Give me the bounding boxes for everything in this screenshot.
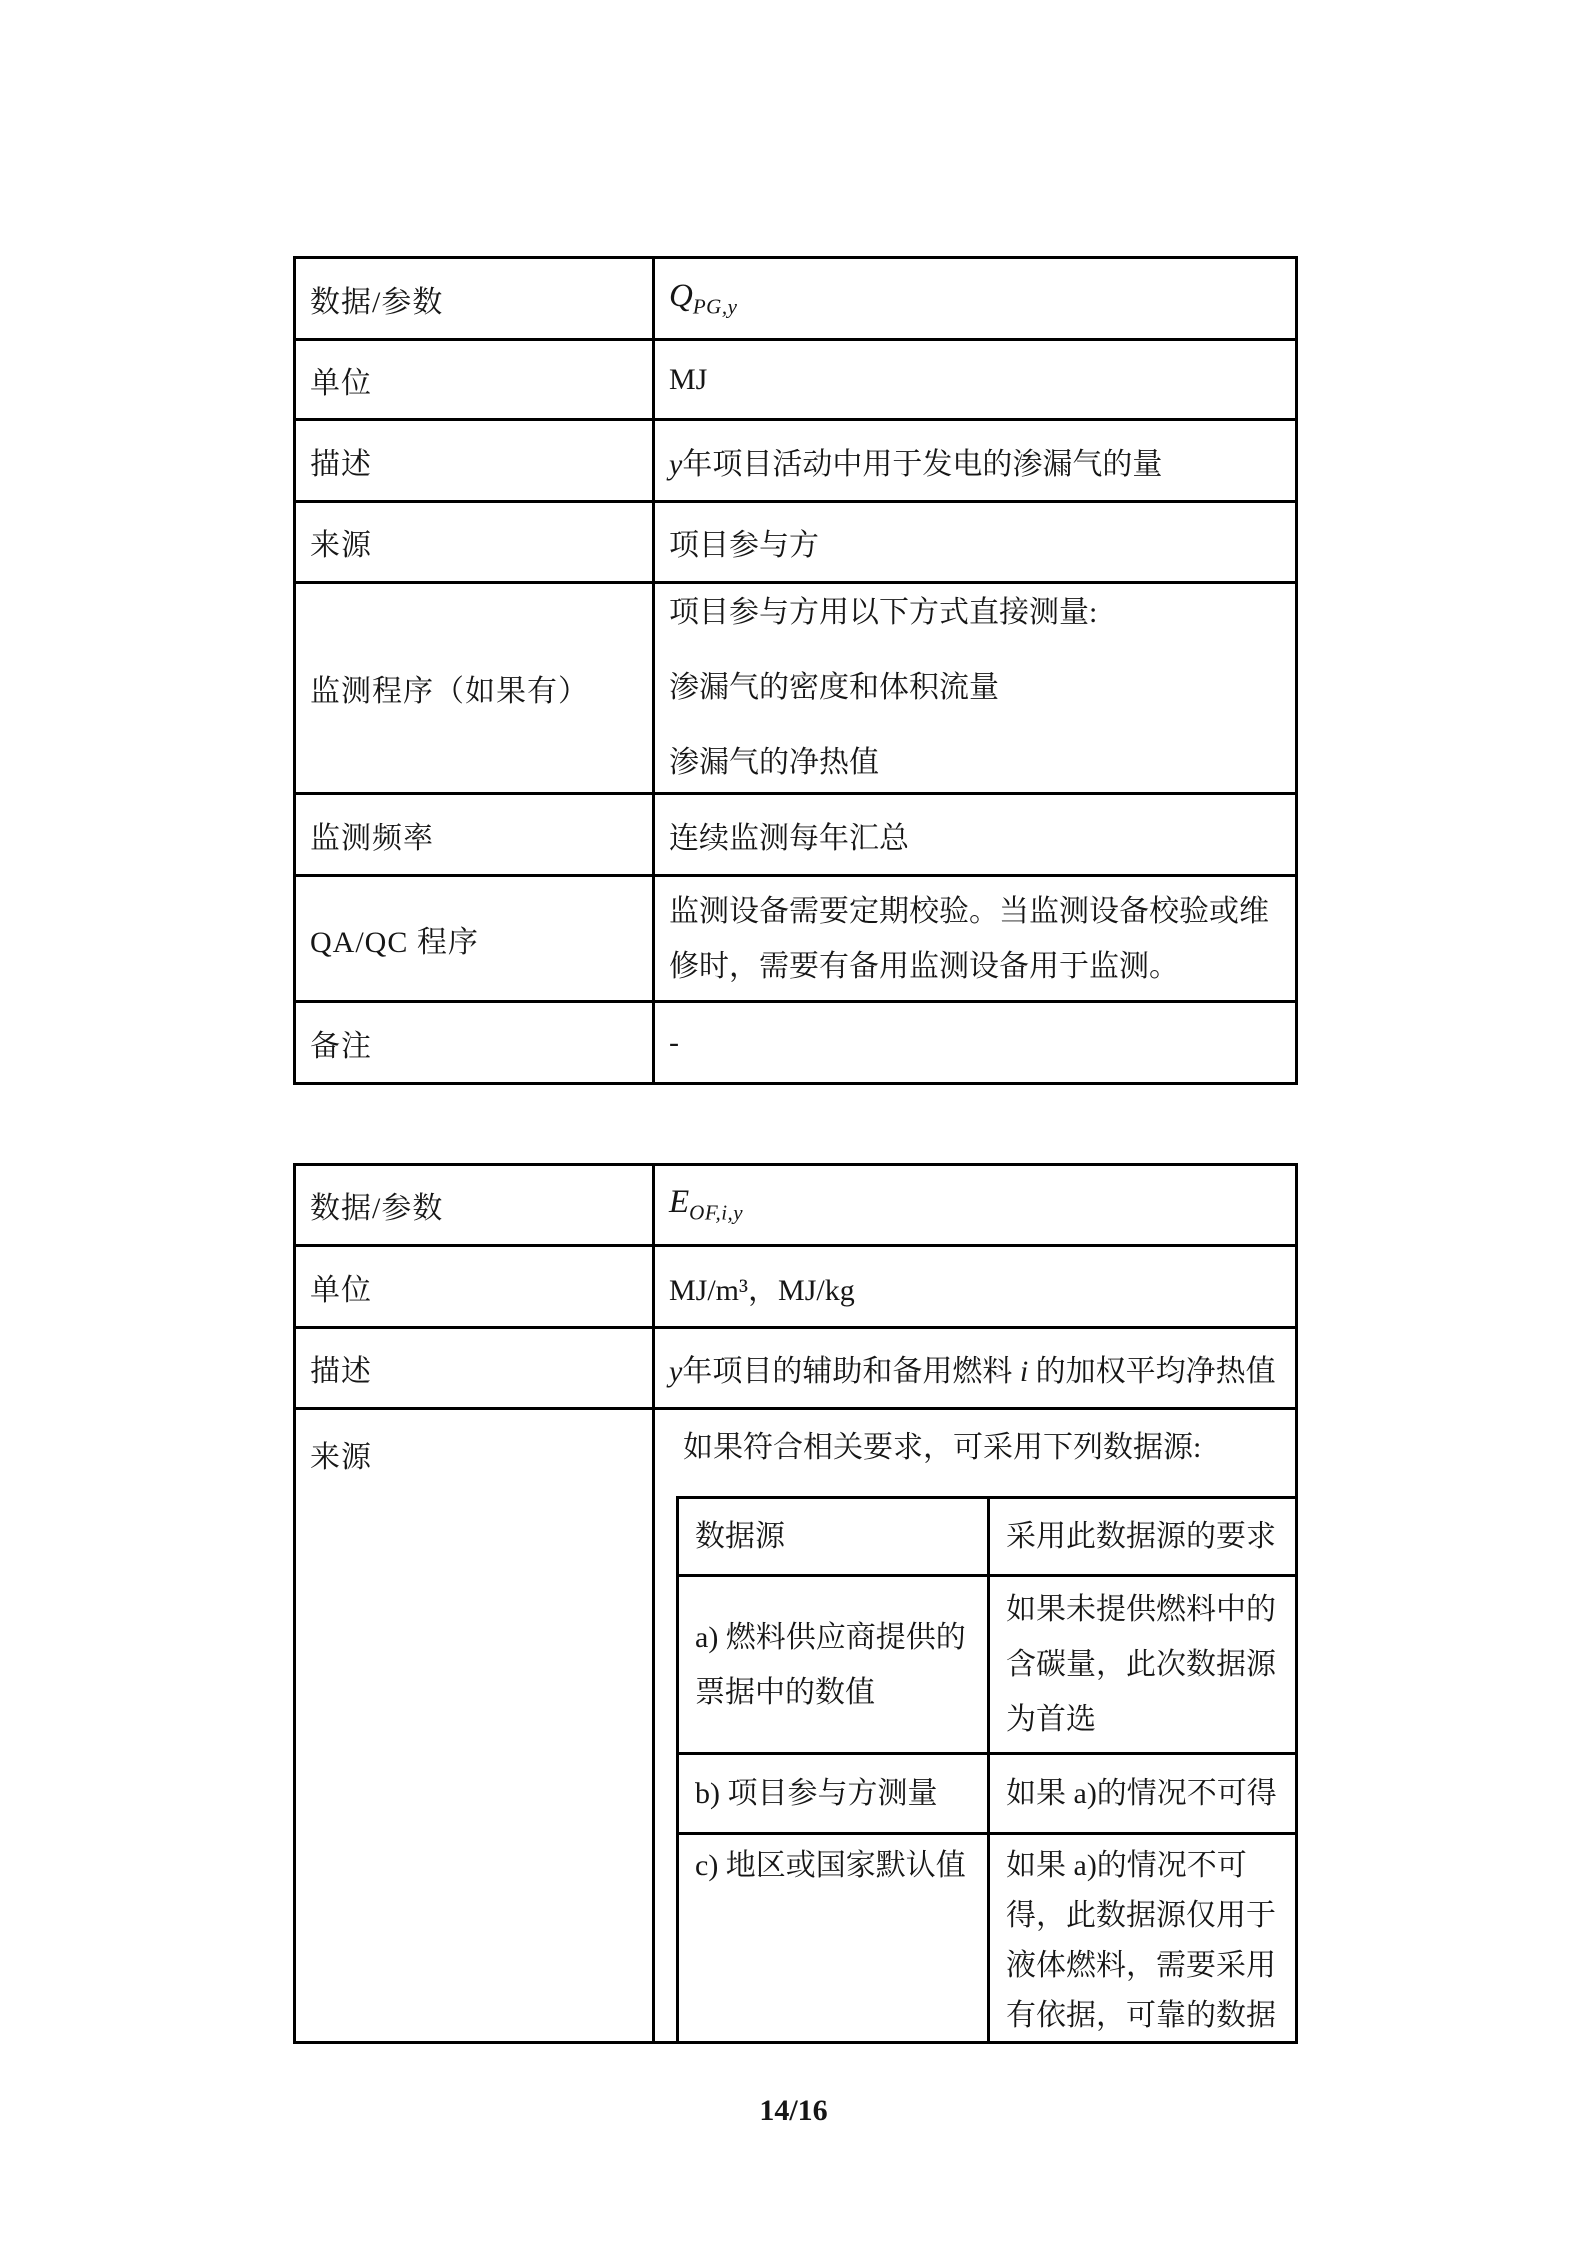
nested-row-a: a) 燃料供应商提供的票据中的数值 如果未提供燃料中的含碳量，此次数据源为首选 <box>678 1576 1297 1754</box>
table-row-unit: 单位 MJ <box>295 340 1297 420</box>
nested-row-c: c) 地区或国家默认值 如果 a)的情况不可得，此数据源仅用于液体燃料，需要采用… <box>678 1834 1297 2042</box>
row-label: 数据/参数 <box>295 258 654 340</box>
param-symbol-cell: EOF,i,y <box>654 1165 1297 1246</box>
row-label: 监测程序（如果有） <box>295 583 654 794</box>
table-row-source: 来源 如果符合相关要求，可采用下列数据源: 数据源 采用此数据源的要求 <box>295 1409 1297 2043</box>
table-row-description: 描述 y年项目活动中用于发电的渗漏气的量 <box>295 420 1297 502</box>
param-symbol: QPG,y <box>669 278 737 314</box>
description-value: y年项目活动中用于发电的渗漏气的量 <box>654 420 1297 502</box>
row-label: 监测频率 <box>295 794 654 876</box>
table-row-description: 描述 y年项目的辅助和备用燃料 i 的加权平均净热值 <box>295 1328 1297 1409</box>
table-row-param: 数据/参数 QPG,y <box>295 258 1297 340</box>
table-row-qaqc: QA/QC 程序 监测设备需要定期校验。当监测设备校验或维修时，需要有备用监测设… <box>295 876 1297 1002</box>
nested-row-b: b) 项目参与方测量 如果 a)的情况不可得 <box>678 1754 1297 1834</box>
remark-value: - <box>654 1002 1297 1084</box>
table-row-procedure: 监测程序（如果有） 项目参与方用以下方式直接测量: 渗漏气的密度和体积流量 渗漏… <box>295 583 1297 794</box>
table-row-source: 来源 项目参与方 <box>295 502 1297 583</box>
row-label: 来源 <box>295 502 654 583</box>
nested-requirement-b: 如果 a)的情况不可得 <box>989 1754 1297 1834</box>
nested-requirement-c: 如果 a)的情况不可得，此数据源仅用于液体燃料，需要采用有依据，可靠的数据 <box>989 1834 1297 2042</box>
param-symbol-cell: QPG,y <box>654 258 1297 340</box>
row-label: 数据/参数 <box>295 1165 654 1246</box>
qaqc-value: 监测设备需要定期校验。当监测设备校验或维修时，需要有备用监测设备用于监测。 <box>654 876 1297 1002</box>
procedure-value: 项目参与方用以下方式直接测量: 渗漏气的密度和体积流量 渗漏气的净热值 <box>654 583 1297 794</box>
nested-source-a: a) 燃料供应商提供的票据中的数值 <box>678 1576 989 1754</box>
page-number: 14/16 <box>0 2094 1587 2128</box>
nested-header-requirement: 采用此数据源的要求 <box>989 1498 1297 1576</box>
document-page: 数据/参数 QPG,y 单位 MJ 描述 y年项目活动中用于发电的渗漏气的量 来… <box>0 0 1587 2245</box>
nested-source-b: b) 项目参与方测量 <box>678 1754 989 1834</box>
row-label: 来源 <box>295 1409 654 2043</box>
frequency-value: 连续监测每年汇总 <box>654 794 1297 876</box>
unit-value: MJ/m³，MJ/kg <box>654 1246 1297 1328</box>
table-row-unit: 单位 MJ/m³，MJ/kg <box>295 1246 1297 1328</box>
table-row-remark: 备注 - <box>295 1002 1297 1084</box>
row-label: 描述 <box>295 420 654 502</box>
source-value: 项目参与方 <box>654 502 1297 583</box>
nested-header-row: 数据源 采用此数据源的要求 <box>678 1498 1297 1576</box>
row-label: 单位 <box>295 1246 654 1328</box>
row-label: 备注 <box>295 1002 654 1084</box>
nested-source-c: c) 地区或国家默认值 <box>678 1834 989 2042</box>
parameter-table-qpgy: 数据/参数 QPG,y 单位 MJ 描述 y年项目活动中用于发电的渗漏气的量 来… <box>293 256 1298 1085</box>
row-label: 描述 <box>295 1328 654 1409</box>
table-row-frequency: 监测频率 连续监测每年汇总 <box>295 794 1297 876</box>
data-source-nested-table: 数据源 采用此数据源的要求 a) 燃料供应商提供的票据中的数值 如果未提供燃料中… <box>676 1496 1297 2041</box>
parameter-table-eofiy: 数据/参数 EOF,i,y 单位 MJ/m³，MJ/kg 描述 y年项目的辅助和… <box>293 1163 1298 2044</box>
unit-value: MJ <box>654 340 1297 420</box>
nested-requirement-a: 如果未提供燃料中的含碳量，此次数据源为首选 <box>989 1576 1297 1754</box>
table-row-param: 数据/参数 EOF,i,y <box>295 1165 1297 1246</box>
source-note: 如果符合相关要求，可采用下列数据源: <box>683 1426 1281 1470</box>
source-value: 如果符合相关要求，可采用下列数据源: 数据源 采用此数据源的要求 a) 燃料供应… <box>654 1409 1297 2043</box>
nested-header-source: 数据源 <box>678 1498 989 1576</box>
row-label: 单位 <box>295 340 654 420</box>
description-value: y年项目的辅助和备用燃料 i 的加权平均净热值 <box>654 1328 1297 1409</box>
param-symbol: EOF,i,y <box>669 1184 743 1220</box>
row-label: QA/QC 程序 <box>295 876 654 1002</box>
